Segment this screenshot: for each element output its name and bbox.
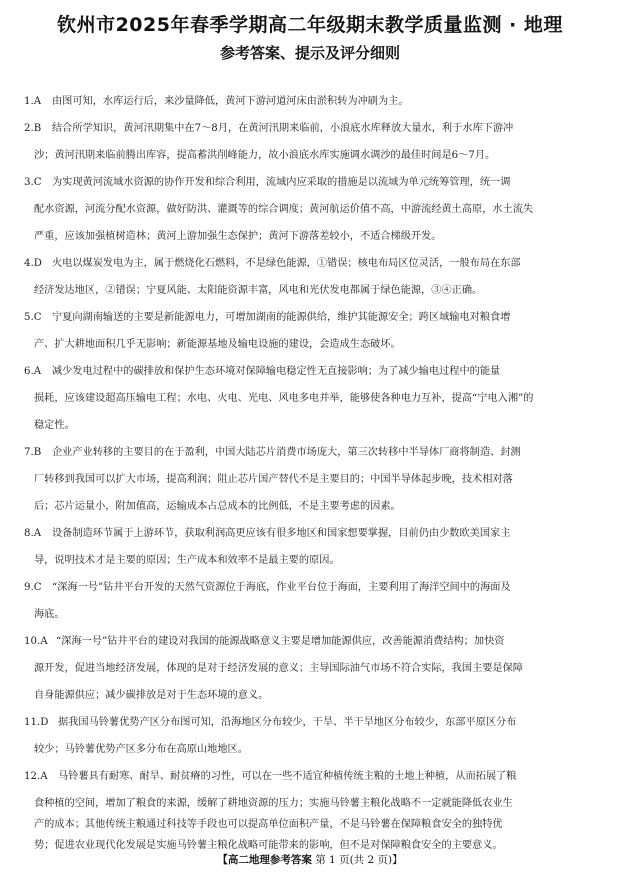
- answer-number: 8.A: [24, 527, 41, 541]
- answer-explanation: 沙；黄河汛期来临前腾出库容，提高蓄洪削峰能力，故小浪底水库实施调水调沙的最佳时间…: [34, 149, 495, 163]
- answer-explanation: 势；促进农业现代化发展是实施马铃薯主粮化战略可能带来的影响，但不是对保障粮食安全…: [34, 839, 503, 853]
- answer-number: 5.C: [24, 311, 42, 325]
- answer-number: 10.A: [24, 635, 48, 649]
- answer-explanation: “深海一号”钻井平台的建设对我国的能源战略意义主要是增加能源供应，改善能源消费结…: [56, 635, 504, 649]
- footer-page-info: 第 1 页(共 2 页)】: [315, 854, 402, 866]
- answer-explanation: 稳定性。: [34, 419, 75, 433]
- answer-number: 11.D: [24, 716, 48, 730]
- answer-number: 2.B: [24, 122, 41, 136]
- answer-explanation: 产、扩大耕地面积几乎无影响；新能源基地及输电设施的建设，会造成生态破坏。: [34, 338, 401, 352]
- answer-number: 6.A: [24, 365, 41, 379]
- answer-number: 7.B: [24, 446, 41, 460]
- answer-explanation: 为实现黄河流域水资源的协作开发和综合利用，流域内应采取的措施是以流域为单元统筹管…: [52, 176, 510, 190]
- answer-explanation: 马铃薯具有耐寒、耐旱、耐贫瘠的习性，可以在一些不适宜种植传统主粮的土地上种植，从…: [58, 770, 516, 784]
- answer-number: 4.D: [24, 257, 42, 271]
- answer-explanation: 结合所学知识，黄河汛期集中在7～8月，在黄河汛期来临前，小浪底水库释放大量水，利…: [52, 122, 513, 136]
- answer-explanation: 据我国马铃薯优势产区分布图可知，沿海地区分布较少，干旱、半干旱地区分布较少，东部…: [58, 716, 516, 730]
- answer-explanation: 经济发达地区，②错误；宁夏风能、太阳能资源丰富，风电和光伏发电都属于绿色能源，③…: [34, 284, 482, 298]
- answer-explanation: 宁夏向湖南输送的主要是新能源电力，可增加湖南的能源供给，维护其能源安全；跨区域输…: [52, 311, 510, 325]
- answer-number: 1.A: [24, 95, 41, 109]
- answer-explanation: 火电以煤炭发电为主，属于燃烧化石燃料，不是绿色能源，①错误；核电布局区位灵活，一…: [52, 257, 521, 271]
- footer-label: 【高二地理参考答案: [217, 854, 312, 866]
- answer-explanation: 设备制造环节属于上游环节，获取利润高更应该有很多地区和国家想要掌握，目前仍由少数…: [52, 527, 510, 541]
- answer-number: 3.C: [24, 176, 42, 190]
- answer-explanation: 严重，应该加强植树造林；黄河上游加强生态保护；黄河下游落差较小，不适合梯级开发。: [34, 230, 442, 244]
- answer-explanation: 后；芯片运量小，附加值高，运输成本占总成本的比例低，不是主要考虑的因素。: [34, 500, 401, 514]
- document-subtitle: 参考答案、提示及评分细则: [0, 42, 620, 64]
- answer-explanation: 损耗，应该建设超高压输电工程；水电、火电、光电、风电多电并举，能够使各种电力互补…: [34, 392, 533, 406]
- answer-explanation: 较少；马铃薯优势产区多分布在高原山地地区。: [34, 743, 248, 757]
- answer-explanation: 企业产业转移的主要目的在于盈利，中国大陆芯片消费市场庞大，第三次转移中半导体厂商…: [52, 446, 521, 460]
- document-page: 钦州市2025年春季学期高二年级期末教学质量监测 · 地理 参考答案、提示及评分…: [0, 0, 620, 881]
- answer-explanation: 源开发，促进当地经济发展，体现的是对于经济发展的意义；主导国际油气市场不符合实际…: [34, 662, 523, 676]
- page-footer: 【高二地理参考答案 第 1 页(共 2 页)】: [0, 853, 620, 867]
- answer-explanation: 食种植的空间，增加了粮食的来源，缓解了耕地资源的压力；实施马铃薯主粮化战略不一定…: [34, 797, 513, 811]
- answer-explanation: 配水资源，河流分配水资源，做好防洪、灌溉等的综合调度；黄河航运价值不高，中游流经…: [34, 203, 533, 217]
- answer-number: 12.A: [24, 770, 48, 784]
- answer-explanation: 由图可知，水库运行后，来沙量降低，黄河下游河道河床由淤积转为冲刷为主。: [52, 95, 409, 109]
- document-title: 钦州市2025年春季学期高二年级期末教学质量监测 · 地理: [0, 12, 620, 38]
- answer-explanation: 减少发电过程中的碳排放和保护生态环境对保障输电稳定性无直接影响；为了减少输电过程…: [52, 365, 500, 379]
- answer-explanation: 导，说明技术才是主要的原因；生产成本和效率不是最主要的原因。: [34, 554, 340, 568]
- answer-explanation: 产的成本；其他传统主粮通过科技等手段也可以提高单位面积产量，不是马铃薯在保障粮食…: [34, 818, 503, 832]
- answer-explanation: “深海一号”钻井平台开发的天然气资源位于海底，作业平台位于海面，主要利用了海洋空…: [52, 581, 511, 595]
- answer-number: 9.C: [24, 581, 42, 595]
- answer-explanation: 海底。: [34, 608, 65, 622]
- answer-explanation: 厂转移到我国可以扩大市场，提高利润；阻止芯片国产替代不是主要目的；中国半导体起步…: [34, 473, 513, 487]
- answer-explanation: 自身能源供应；减少碳排放是对于生态环境的意义。: [34, 689, 268, 703]
